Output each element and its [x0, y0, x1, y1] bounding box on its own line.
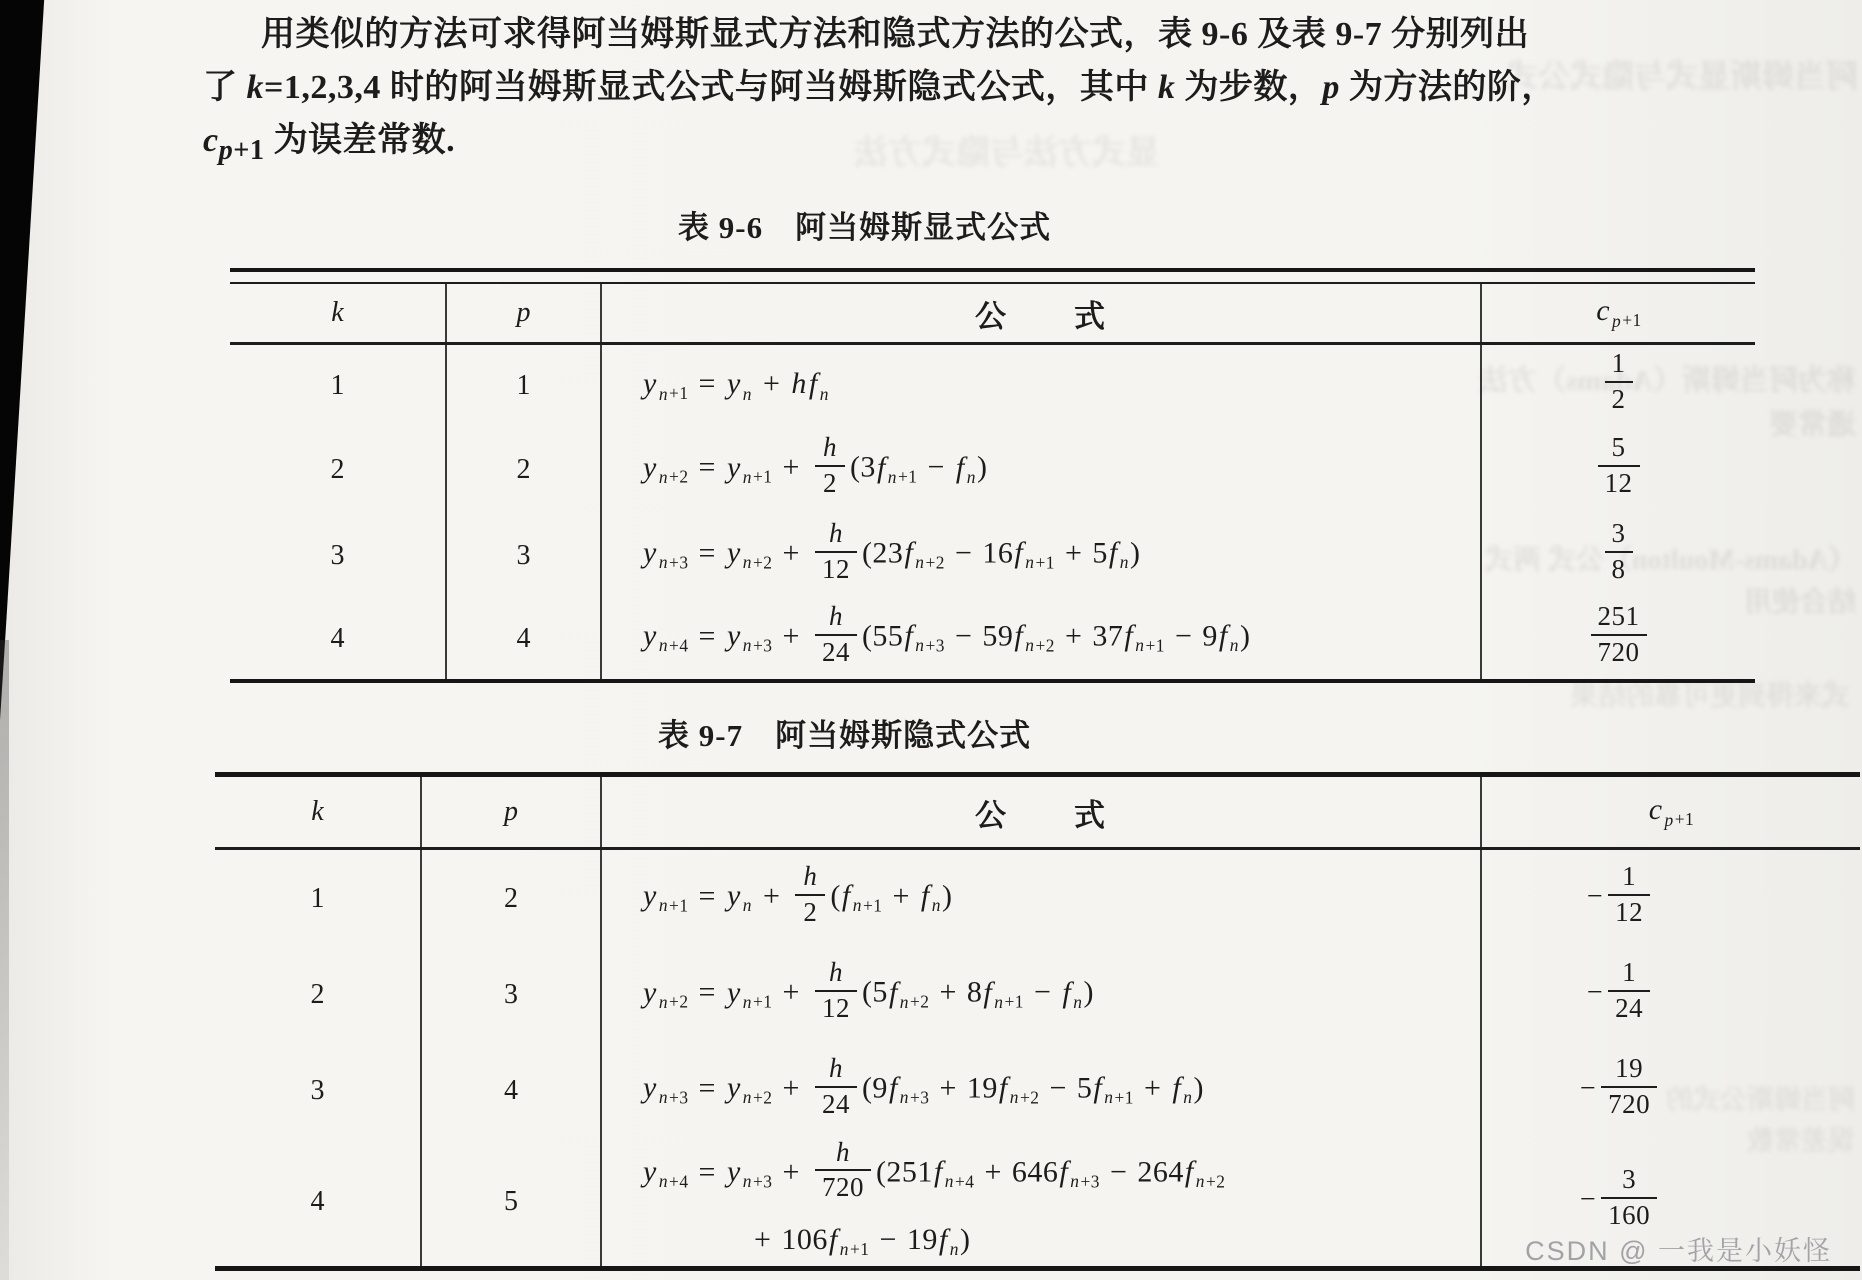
cell-k: 4	[230, 598, 445, 679]
paragraph-line-2: 了 k=1,2,3,4 时的阿当姆斯显式公式与阿当姆斯隐式公式，其中 k 为步数…	[203, 61, 1493, 114]
cell-p: 4	[445, 598, 600, 679]
cell-k: 3	[215, 1043, 420, 1138]
header-cell-error-constant: cp+1	[1480, 284, 1755, 342]
cell-formula: yn+1 = yn + h2(fn+1 + fn)	[600, 850, 1480, 947]
cell-error-constant: −19720	[1480, 1043, 1860, 1138]
header-cell-formula: 公 式	[600, 777, 1480, 847]
header-cell-k: k	[215, 777, 420, 847]
scan-gutter-shadow	[0, 0, 46, 720]
scan-gutter-fade	[0, 640, 9, 1280]
cell-p: 3	[420, 947, 600, 1043]
cell-formula: yn+1 = yn + hfn	[600, 345, 1480, 427]
cell-k: 4	[215, 1138, 420, 1266]
cell-p: 3	[445, 513, 600, 598]
cell-formula: yn+2 = yn+1 + h12(5fn+2 + 8fn+1 − fn)	[600, 947, 1480, 1043]
cell-formula: yn+3 = yn+2 + h12(23fn+2 − 16fn+1 + 5fn)	[600, 513, 1480, 598]
cell-k: 1	[230, 345, 445, 427]
cell-formula: yn+2 = yn+1 + h2(3fn+1 − fn)	[600, 427, 1480, 513]
cell-error-constant: 251720	[1480, 598, 1755, 679]
cell-error-constant: 512	[1480, 427, 1755, 513]
cell-p: 4	[420, 1043, 600, 1138]
table-row: 1 2 yn+1 = yn + h2(fn+1 + fn) −112	[215, 850, 1860, 947]
table-header-row: k p 公 式 cp+1	[230, 284, 1755, 345]
cell-p: 2	[420, 850, 600, 947]
csdn-watermark: CSDN @ 一我是小妖怪	[1525, 1229, 1832, 1268]
header-cell-p: p	[420, 777, 600, 847]
cell-p: 5	[420, 1138, 600, 1266]
table-header-row: k p 公 式 cp+1	[215, 777, 1860, 850]
table-row: 3 4 yn+3 = yn+2 + h24(9fn+3 + 19fn+2 − 5…	[215, 1043, 1860, 1138]
cell-error-constant: −112	[1480, 850, 1860, 947]
table-9-7-caption: 表 9-7 阿当姆斯隐式公式	[658, 710, 1031, 755]
cell-k: 3	[230, 513, 445, 598]
table-row: 1 1 yn+1 = yn + hfn 12	[230, 345, 1755, 427]
header-cell-formula: 公 式	[600, 284, 1480, 342]
table-9-6: k p 公 式 cp+1 1 1 yn+1 = yn + hfn 12 2 2 …	[230, 268, 1755, 683]
intro-paragraph: 用类似的方法可求得阿当姆斯显式方法和隐式方法的公式，表 9-6 及表 9-7 分…	[203, 8, 1493, 177]
cell-formula: yn+3 = yn+2 + h24(9fn+3 + 19fn+2 − 5fn+1…	[600, 1043, 1480, 1138]
scanned-textbook-page: 阿当姆斯显式与隐式公式 显式方法与隐式方法 称为阿当姆斯（Adams）方法 通常…	[0, 0, 1862, 1280]
cell-formula: yn+4 = yn+3 + h720(251fn+4 + 646fn+3 − 2…	[600, 1138, 1480, 1266]
cell-error-constant: 12	[1480, 345, 1755, 427]
cell-k: 2	[230, 427, 445, 513]
cell-error-constant: 38	[1480, 513, 1755, 598]
cell-error-constant: −124	[1480, 947, 1860, 1043]
table-row: 2 3 yn+2 = yn+1 + h12(5fn+2 + 8fn+1 − fn…	[215, 947, 1860, 1043]
cell-formula: yn+4 = yn+3 + h24(55fn+3 − 59fn+2 + 37fn…	[600, 598, 1480, 679]
table-9-6-caption: 表 9-6 阿当姆斯显式公式	[678, 202, 1051, 247]
header-cell-k: k	[230, 284, 445, 342]
table-row: 2 2 yn+2 = yn+1 + h2(3fn+1 − fn) 512	[230, 427, 1755, 513]
paragraph-line-3: cp+1 为误差常数.	[203, 114, 1493, 177]
table-row: 4 4 yn+4 = yn+3 + h24(55fn+3 − 59fn+2 + …	[230, 598, 1755, 679]
cell-k: 1	[215, 850, 420, 947]
cell-k: 2	[215, 947, 420, 1043]
cell-p: 1	[445, 345, 600, 427]
header-cell-p: p	[445, 284, 600, 342]
cell-p: 2	[445, 427, 600, 513]
table-9-7: k p 公 式 cp+1 1 2 yn+1 = yn + h2(fn+1 + f…	[215, 772, 1860, 1271]
table-top-double-rule	[230, 268, 1755, 284]
table-row: 3 3 yn+3 = yn+2 + h12(23fn+2 − 16fn+1 + …	[230, 513, 1755, 598]
paragraph-line-1: 用类似的方法可求得阿当姆斯显式方法和隐式方法的公式，表 9-6 及表 9-7 分…	[203, 8, 1493, 61]
header-cell-error-constant: cp+1	[1480, 777, 1860, 847]
